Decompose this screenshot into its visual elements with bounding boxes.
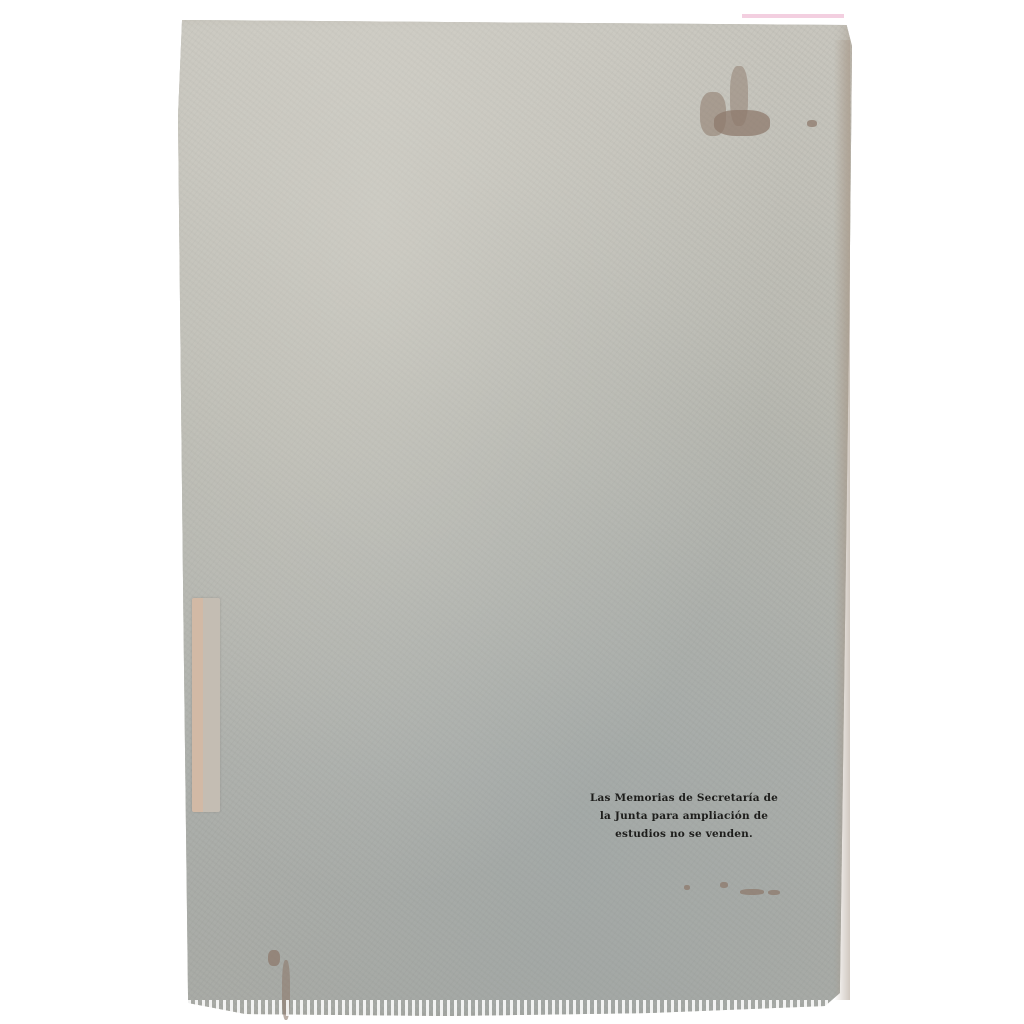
stain-bottom-right: [740, 889, 764, 895]
not-for-sale-notice: Las Memorias de Secretaría de la Junta p…: [578, 789, 790, 843]
stain-top-right-dot: [807, 120, 817, 127]
stain-bottom-right: [768, 890, 780, 895]
photo-stage: Las Memorias de Secretaría de la Junta p…: [0, 0, 1024, 1024]
stain-bottom-left: [268, 950, 280, 966]
frayed-bottom-edge: [188, 1000, 828, 1016]
stain-top-right: [730, 66, 748, 126]
pink-page-edge: [742, 14, 844, 18]
cover-right-edge-fold: [834, 40, 850, 1000]
notice-line: Las Memorias de Secretaría de: [578, 789, 790, 807]
spine-tape-repair: [192, 598, 220, 812]
notice-line: la Junta para ampliación de: [578, 807, 790, 825]
notice-line: estudios no se venden.: [578, 825, 790, 843]
stain-bottom-right: [684, 885, 690, 890]
book-back-cover: [178, 16, 852, 1018]
stain-bottom-right: [720, 882, 728, 888]
